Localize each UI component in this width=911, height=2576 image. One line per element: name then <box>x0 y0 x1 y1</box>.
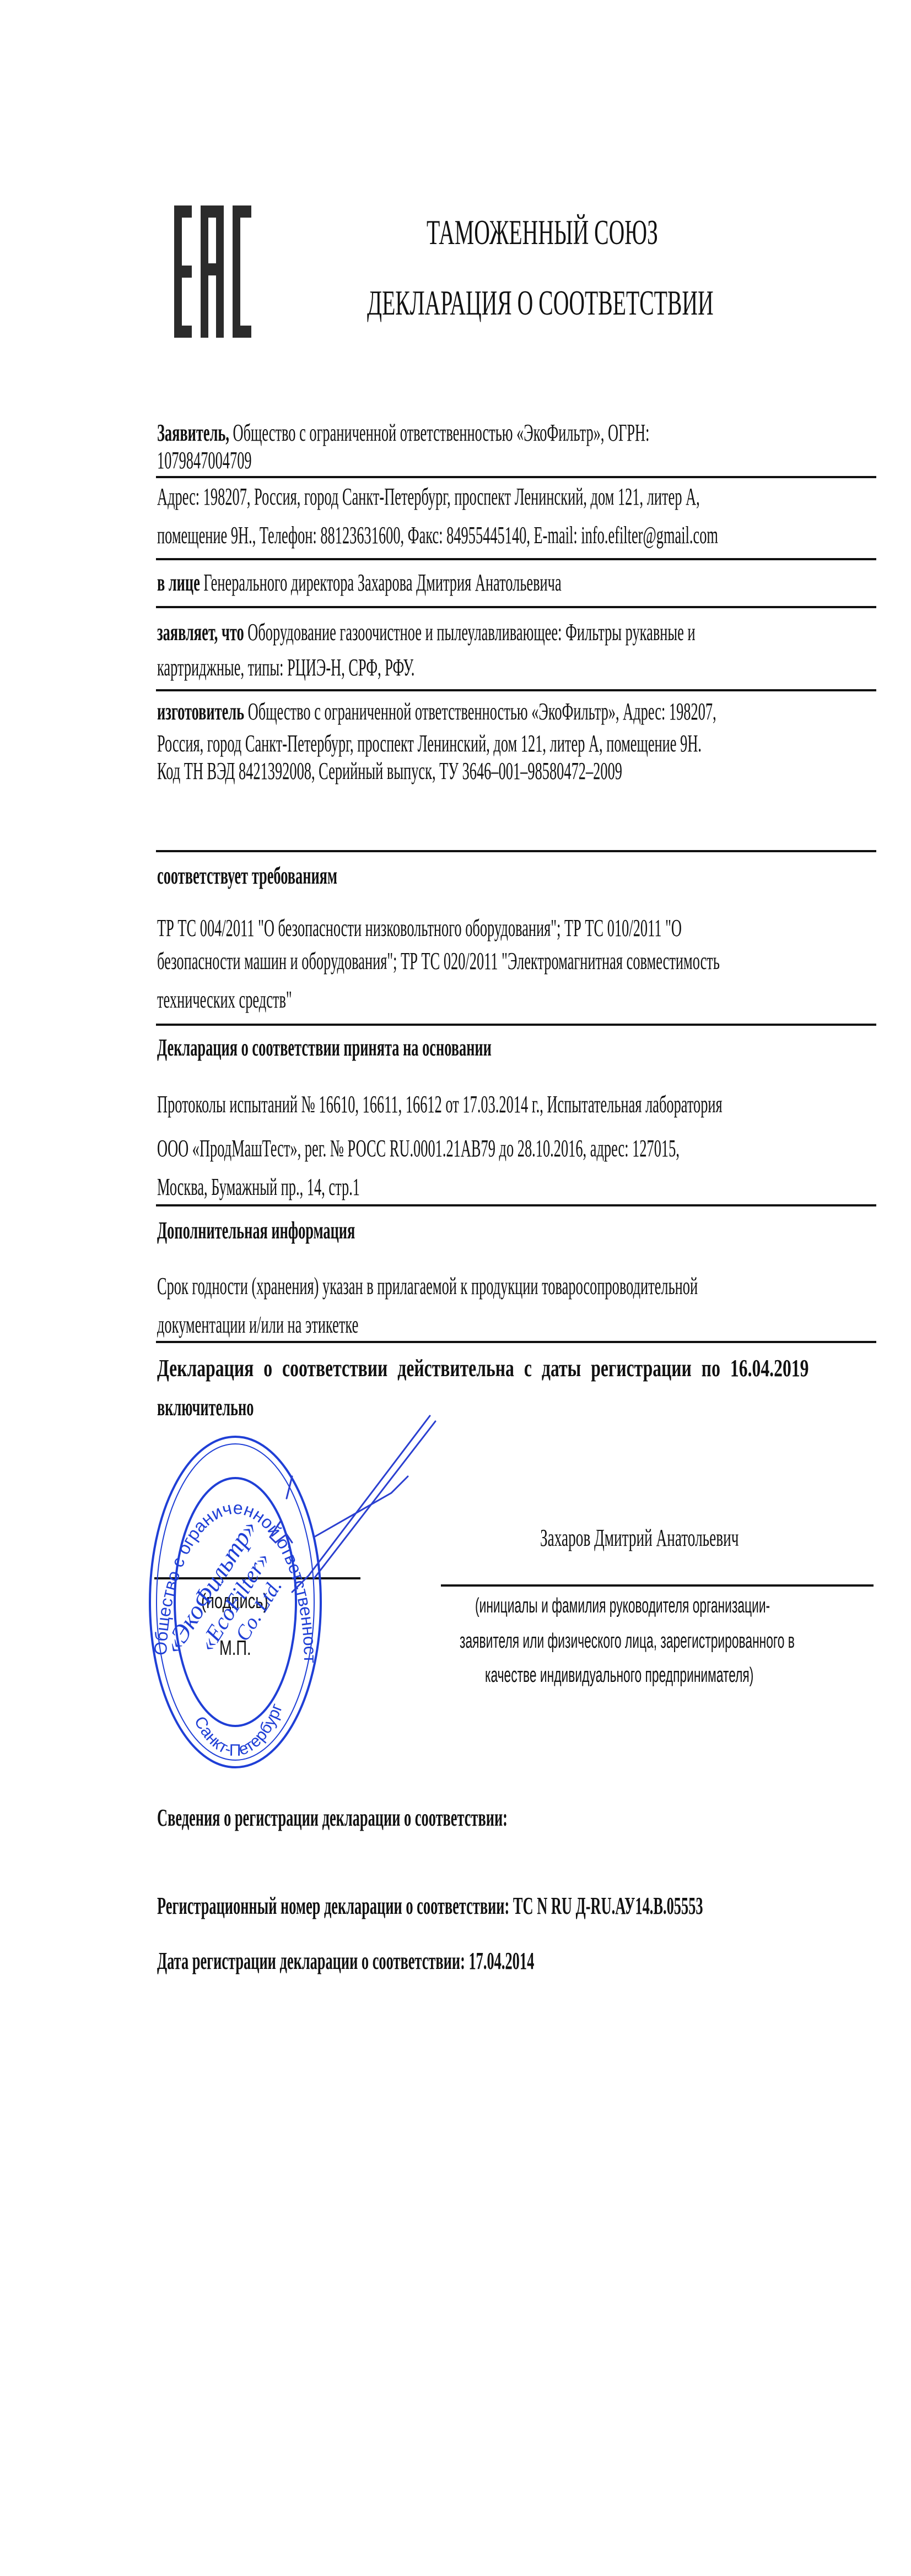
applicant-name: Общество с ограниченной ответственностью… <box>229 419 650 446</box>
manufacturer-line-2: Россия, город Санкт-Петербург, проспект … <box>157 732 702 756</box>
basis-line-2: ООО «ПродМашТест», рег. № РОСС RU.0001.2… <box>157 1137 680 1161</box>
handwritten-signature-icon <box>209 1410 441 1642</box>
separator <box>156 1024 876 1026</box>
requirements-heading: соответствует требованиям <box>157 864 337 888</box>
title-declaration: ДЕКЛАРАЦИЯ О СООТВЕТСТВИИ <box>367 285 714 321</box>
registration-number-label: Регистрационный номер декларации о соотв… <box>157 1892 513 1919</box>
title-customs-union: ТАМОЖЕННЫЙ СОЮЗ <box>427 215 658 250</box>
applicant-label: Заявитель, <box>157 419 229 446</box>
validity-line-1: Декларация о соответствии действительна … <box>157 1356 808 1381</box>
additional-line-2: документации и/или на этикетке <box>157 1313 358 1337</box>
product-description: Оборудование газоочистное и пылеулавлива… <box>244 619 696 646</box>
manufacturer-label: изготовитель <box>157 698 244 725</box>
separator <box>156 1204 876 1206</box>
basis-heading: Декларация о соответствии принята на осн… <box>157 1036 492 1060</box>
separator <box>156 1341 876 1343</box>
requirements-line-2: безопасности машин и оборудования"; ТР Т… <box>157 949 720 973</box>
separator <box>156 606 876 608</box>
applicant-address-2: помещение 9Н., Телефон: 88123631600, Фак… <box>157 523 718 548</box>
requirements-line-1: ТР ТС 004/2011 "О безопасности низковоль… <box>157 916 682 940</box>
registration-date-label: Дата регистрации декларации о соответств… <box>157 1947 468 1974</box>
represented-person: Генерального директора Захарова Дмитрия … <box>200 569 562 596</box>
registration-heading: Сведения о регистрации декларации о соот… <box>157 1806 508 1830</box>
applicant-line-1: Заявитель, Общество с ограниченной ответ… <box>157 421 649 445</box>
name-caption-3: качестве индивидуального предпринимателя… <box>485 1665 753 1686</box>
name-line <box>441 1584 874 1587</box>
separator <box>156 558 876 560</box>
represented-by: в лице Генерального директора Захарова Д… <box>157 571 562 595</box>
separator <box>156 476 876 478</box>
separator <box>156 689 876 691</box>
manufacturer-line-1: изготовитель Общество с ограниченной отв… <box>157 700 716 724</box>
additional-heading: Дополнительная информация <box>157 1219 355 1243</box>
registration-number-row: Регистрационный номер декларации о соотв… <box>157 1894 703 1918</box>
manufacturer-line-3: Код ТН ВЭД 8421392008, Серийный выпуск, … <box>157 759 622 783</box>
signer-name: Захаров Дмитрий Анатольевич <box>540 1526 738 1550</box>
manufacturer-name: Общество с ограниченной ответственностью… <box>244 698 716 725</box>
declares-line-2: картриджные, типы: РЦИЭ-Н, СРФ, РФУ. <box>157 656 414 680</box>
represented-label: в лице <box>157 569 200 596</box>
separator <box>156 850 876 852</box>
registration-number: ТС N RU Д-RU.АУ14.В.05553 <box>513 1892 703 1919</box>
applicant-address-1: Адрес: 198207, Россия, город Санкт-Петер… <box>157 485 700 509</box>
requirements-line-3: технических средств" <box>157 988 292 1012</box>
eac-mark-icon <box>174 205 251 338</box>
declares-label: заявляет, что <box>157 619 244 646</box>
name-caption-1: (инициалы и фамилия руководителя организ… <box>475 1595 770 1616</box>
declares-line-1: заявляет, что Оборудование газоочистное … <box>157 620 696 645</box>
basis-line-3: Москва, Бумажный пр., 14, стр.1 <box>157 1175 360 1199</box>
registration-date-row: Дата регистрации декларации о соответств… <box>157 1949 534 1973</box>
name-caption-2: заявителя или физического лица, зарегист… <box>460 1631 795 1652</box>
registration-date: 17.04.2014 <box>468 1947 534 1974</box>
applicant-ogrn: 1079847004709 <box>157 448 252 473</box>
basis-line-1: Протоколы испытаний № 16610, 16611, 1661… <box>157 1092 723 1117</box>
additional-line-1: Срок годности (хранения) указан в прилаг… <box>157 1274 698 1298</box>
